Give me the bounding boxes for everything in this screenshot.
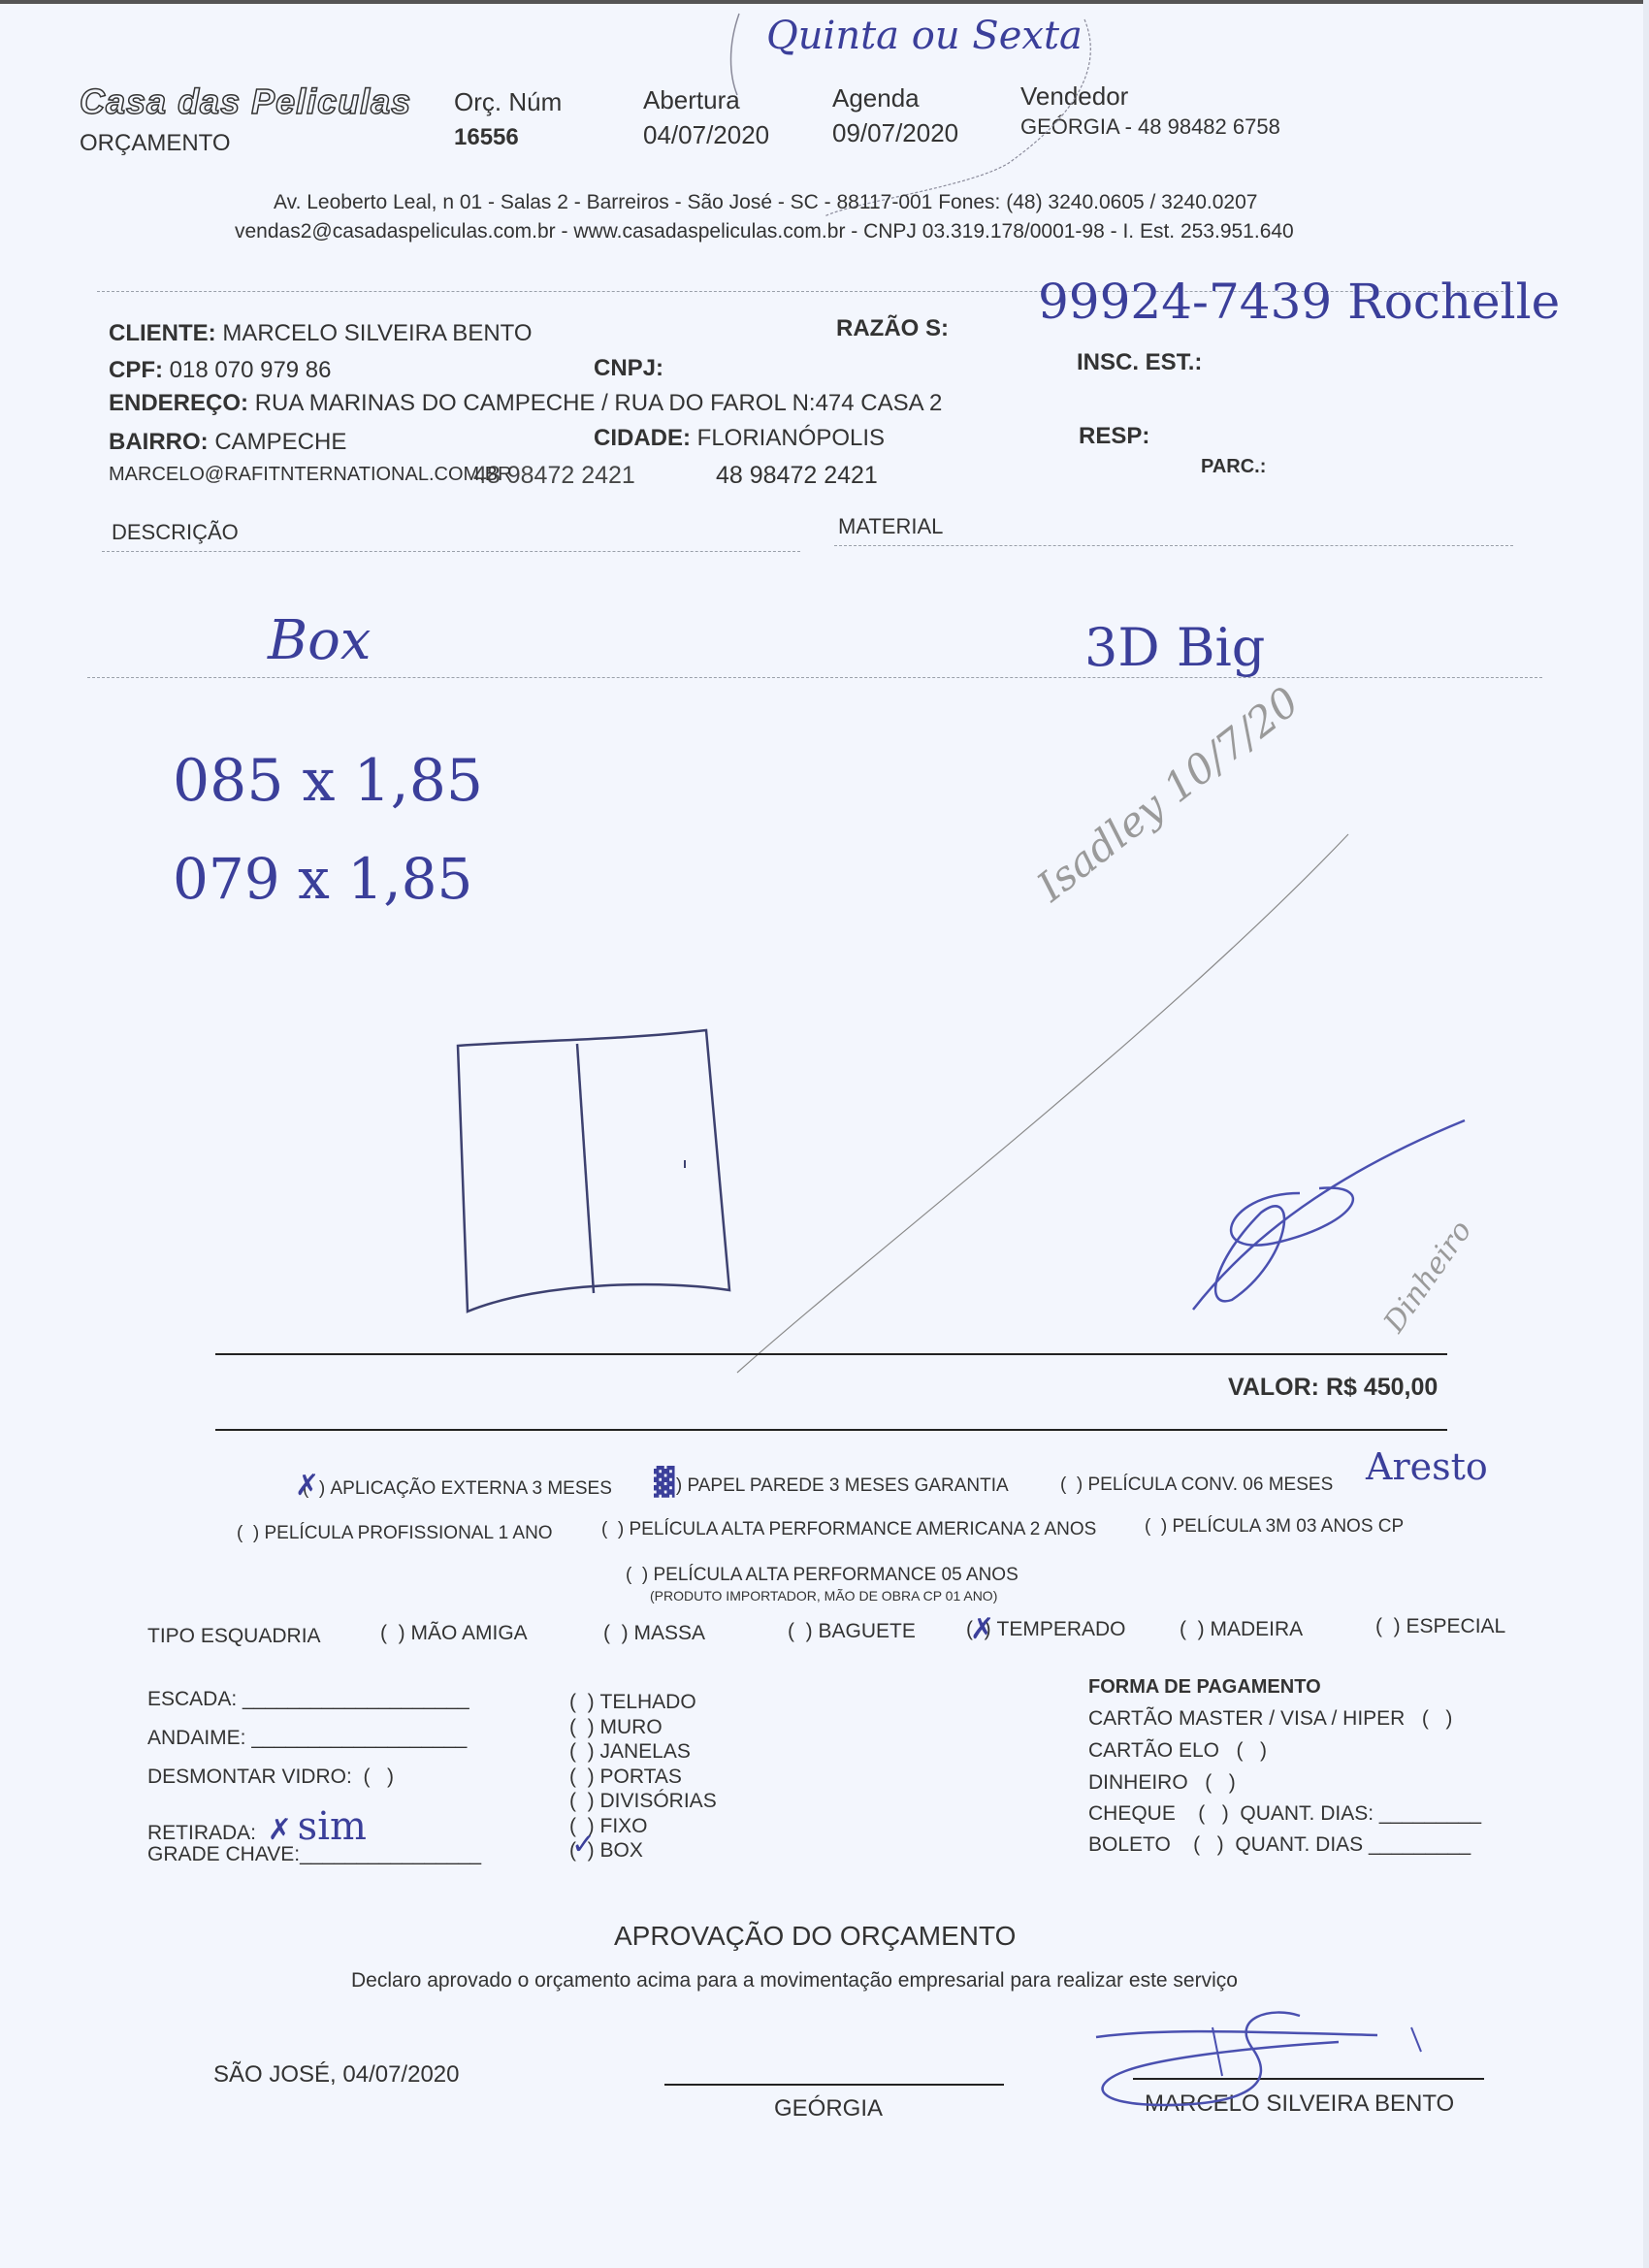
client-signature bbox=[0, 0, 1649, 2268]
